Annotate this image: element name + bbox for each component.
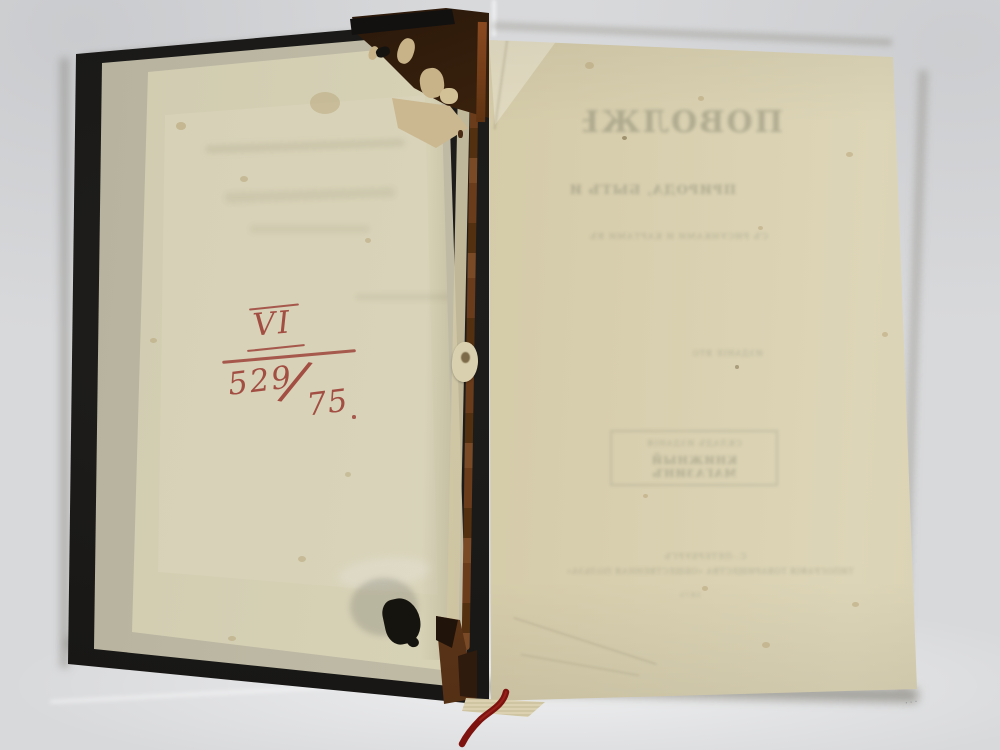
showthrough-subtitle: ПРИРОДА, БЫТЪ И ХОЗЯЙСТВО [566, 184, 736, 198]
pencil-inscription: ··· [904, 697, 920, 709]
board-speck [458, 130, 463, 138]
shelfmark-roman-numeral: VI [252, 307, 293, 341]
foxing-spot [643, 494, 648, 498]
showthrough-box-line: КНИЖНЫЙ МАГАЗИНЪ [612, 454, 776, 480]
shelfmark-suffix: 75 [305, 386, 350, 422]
foxing-spot [846, 152, 853, 157]
foxing-spot [762, 642, 770, 648]
foxing-spot [240, 176, 248, 182]
foxing-spot [365, 238, 371, 243]
foxing-spot [698, 96, 704, 101]
foxing-spot [585, 62, 594, 69]
foxing-spot [310, 92, 340, 114]
bookmark-ribbon [440, 686, 530, 750]
showthrough-line: СЪ РИСУНКАМИ И КАРТАМИ ВЪ ТЕКСТѢ [588, 233, 768, 242]
spine-head-leather-streak [476, 22, 487, 122]
foxing-spot [176, 122, 186, 130]
backdrop-crease [492, 0, 496, 36]
photo-of-open-book: VI 529 / 75 ПОВОЛЖЬЕ ПРИРОДА, БЫТЪ И ХОЗ… [0, 0, 1000, 750]
foxing-spot [882, 332, 888, 337]
foxing-spot [150, 338, 157, 343]
offset-text-impression [250, 225, 370, 233]
showthrough-box-line: СКЛАДЪ ИЗДАНІЯ [612, 439, 776, 448]
foxing-spot [735, 365, 739, 369]
showthrough-imprint-printer: ТИПОГРАФІЯ ТОВАРИЩЕСТВА «ОБЩЕСТВЕННАЯ ПО… [540, 568, 880, 577]
showthrough-framed-box: СКЛАДЪ ИЗДАНІЯ КНИЖНЫЙ МАГАЗИНЪ [610, 430, 778, 486]
gutter-tab-hole [461, 352, 470, 363]
foxing-spot [298, 556, 306, 562]
showthrough-imprint-year: 1875 [668, 592, 712, 600]
foxing-spot [702, 586, 708, 591]
spine-head-bare-patch [440, 88, 458, 104]
showthrough-imprint-city: С.-ПЕТЕРБУРГЪ [655, 553, 755, 562]
showthrough-title: ПОВОЛЖЬЕ [583, 106, 783, 139]
ribbon-path [462, 692, 506, 744]
showthrough-edition-line: ИЗДАНІЕ ВТОРОЕ [693, 350, 763, 359]
foxing-spot [852, 602, 859, 607]
shelfmark-dot [352, 415, 356, 419]
shadow-left-edge [60, 58, 69, 668]
foxing-spot [228, 636, 236, 641]
foxing-spot [622, 136, 627, 140]
foxing-spot [758, 226, 763, 230]
foxing-spot [345, 472, 351, 477]
